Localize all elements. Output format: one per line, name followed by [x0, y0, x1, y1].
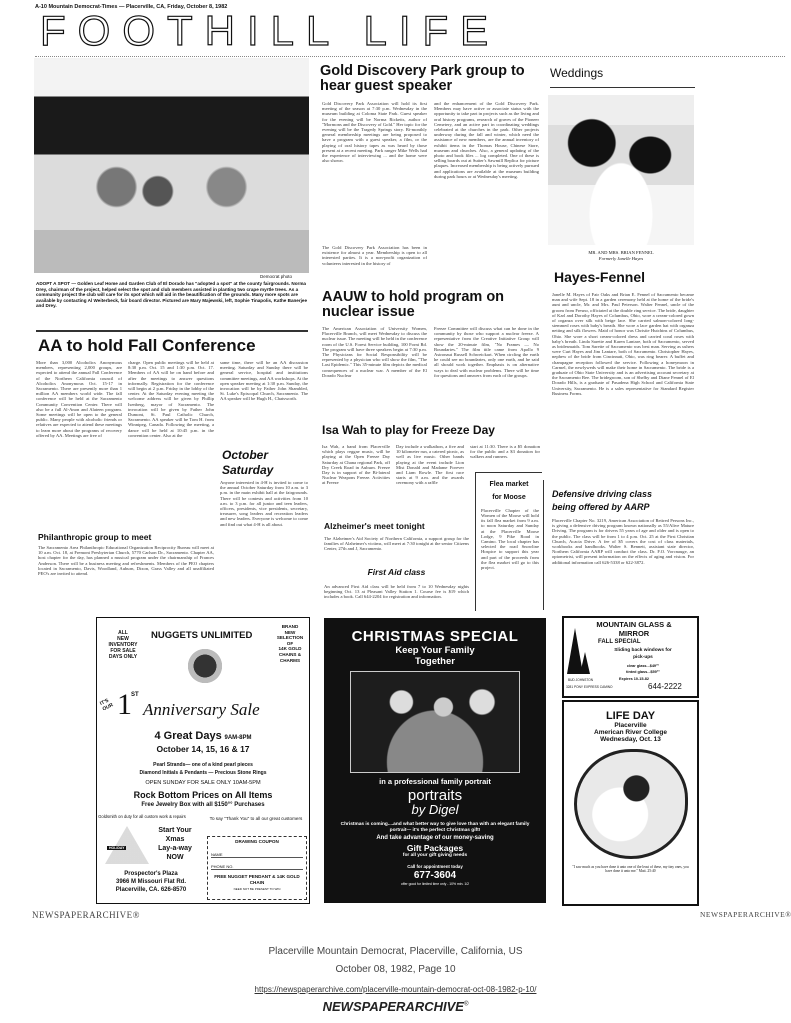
header-divider	[35, 56, 785, 57]
first-aid-headline: First Aid class	[324, 567, 469, 577]
coupon-title: DRAWING COUPON	[208, 839, 306, 844]
diamonds-line: Diamond Initials & Pendants — Precious S…	[97, 770, 309, 776]
alzheimers-body: The Alzheimer's Aid Society of Northern …	[324, 536, 469, 560]
portraits-brand-2: by Digel	[324, 803, 546, 817]
christmas-body2: And take advantage of our money-saving	[324, 835, 546, 841]
nuggets-right-blurb: BRANDNEWSELECTIONOF14K GOLDCHAINS &CHARM…	[272, 624, 308, 663]
store-address: 3281 PONY EXPRESS CAMINO	[566, 685, 613, 689]
gold-discovery-col2: and the enhancement of the Gold Discover…	[434, 101, 539, 279]
aa-conference-col3: same time, there will be an AA discussio…	[220, 360, 308, 445]
gift-packages: Gift Packages	[324, 843, 546, 853]
isa-wah-col3: start at 11:30. There is a $5 donation f…	[470, 444, 540, 470]
aa-conference-col1: More than 3,000 Alcoholics Anonymous mem…	[36, 360, 122, 532]
christmas-tagline: in a professional family portrait	[324, 777, 546, 786]
divider	[550, 87, 695, 88]
mountain-glass-ad: MOUNTAIN GLASS & MIRROR FALL SPECIAL Sli…	[562, 616, 699, 698]
family-portrait-photo	[350, 671, 520, 773]
free-box-line: Free Jewelry Box with all $150°° Purchas…	[97, 802, 309, 808]
christmas-sub2: Together	[324, 656, 546, 667]
clear-glass-price: clear glass...$49°°	[590, 664, 696, 668]
philanthropic-headline: Philanthropic group to meet	[38, 533, 151, 542]
gold-discovery-headline: Gold Discovery Park group to hear guest …	[320, 64, 540, 94]
sale-dates: October 14, 15, 16 & 17	[97, 744, 309, 754]
lead-photo	[34, 58, 309, 273]
christmas-fineprint: offer good for limited time only - 10% m…	[324, 882, 546, 886]
portraits-brand-1: portraits	[324, 789, 546, 803]
wedding-caption-formerly: Formerly Janelle Hayes	[548, 256, 694, 261]
coupon-name-field[interactable]: NAME	[211, 852, 303, 858]
fetus-illustration	[574, 749, 688, 859]
tinted-glass-price: tinted glass...$59°°	[590, 670, 696, 674]
photo-credit: Democrat photo	[260, 274, 292, 279]
isa-wah-col1: Isa Wah, a band from Placerville which p…	[322, 444, 390, 508]
anniversary-ordinal: 1	[117, 690, 132, 720]
store-address: Prospector's Plaza3966 M Missouri Flat R…	[101, 870, 201, 894]
cat-illustration-icon	[185, 646, 225, 686]
defensive-driving-body: Placerville Chapter No. 3219, American A…	[552, 518, 694, 610]
gold-discovery-col1-end: The Gold Discovery Park Association has …	[322, 245, 427, 278]
christmas-special-ad: CHRISTMAS SPECIAL Keep Your Family Toget…	[324, 618, 546, 903]
divider	[36, 330, 308, 332]
aauw-col2: Freeze Committee will discuss what can b…	[434, 326, 539, 416]
life-day-location: Placerville	[564, 722, 697, 729]
flea-market-headline-1: Flea market	[476, 481, 542, 488]
life-day-quote: "I saw much as you have done it unto one…	[572, 865, 689, 874]
great-days-row: 4 Great Days 9AM-8PM	[97, 730, 309, 742]
nuggets-left-blurb: ALLNEWINVENTORYFOR SALEDAYS ONLY	[103, 630, 143, 660]
newspaperarchive-watermark-left: NEWSPAPERARCHIVE®	[32, 910, 140, 920]
divider	[543, 480, 544, 610]
newspaperarchive-watermark-right: NEWSPAPERARCHIVE®	[700, 910, 791, 919]
life-day-date: Wednesday, Oct. 13	[564, 736, 697, 743]
isa-wah-headline: Isa Wah to play for Freeze Day	[322, 424, 495, 437]
pearls-line: Pearl Strands— one of a kind pearl piece…	[97, 762, 309, 768]
thank-you-line: To say "Thank You" to all our great cust…	[205, 816, 307, 821]
life-day-college: American River College	[564, 729, 697, 736]
alzheimers-headline: Alzheimer's meet tonight	[324, 522, 425, 531]
philanthropic-body: The Sacramento Area Philanthropic Educat…	[38, 545, 214, 611]
pickups-line: pick-ups	[590, 655, 696, 660]
footer-source: Placerville Mountain Democrat, Placervil…	[0, 946, 791, 957]
open-sunday-line: OPEN SUNDAY FOR SALE ONLY 10AM-5PM	[97, 780, 309, 786]
its-our-label: IT'S OUR	[99, 696, 117, 713]
nuggets-unlimited-ad: ALLNEWINVENTORYFOR SALEDAYS ONLY NUGGETS…	[96, 617, 310, 904]
mountain-glass-title-2: MIRROR	[574, 629, 694, 638]
call-line: Call for appointment today	[324, 864, 546, 869]
owner-name: BUD JOHNSTON	[568, 678, 593, 682]
isa-wah-col2: Day include a walkathon, a five and 10 k…	[396, 444, 464, 508]
xmas-layaway: Start YourXmasLay-a-wayNOW	[155, 826, 195, 862]
flea-market-headline-2: for Moose	[476, 494, 542, 501]
holiday-tree-label: HOLIDAY	[107, 846, 126, 850]
coupon-fineprint: NEED NOT BE PRESENT TO WIN	[208, 887, 306, 891]
flea-market-box: Flea market for Moose Placerville Chapte…	[475, 472, 542, 611]
october-saturday-headline-2: Saturday	[222, 463, 273, 478]
christmas-sub1: Keep Your Family	[324, 645, 546, 656]
gift-packages-sub: for all your gift giving needs	[324, 853, 546, 858]
pine-tree-icon	[580, 652, 590, 674]
anniversary-sale-title: Anniversary Sale	[143, 700, 260, 720]
footer-date-page: October 08, 1982, Page 10	[0, 964, 791, 975]
fall-special-label: FALL SPECIAL	[598, 639, 641, 645]
aa-conference-col2: charge. Open public meetings will be hel…	[128, 360, 214, 532]
aa-conference-headline: AA to hold Fall Conference	[38, 337, 256, 355]
drawing-coupon[interactable]: DRAWING COUPON NAME PHONE NO. FREE NUGGE…	[207, 836, 307, 900]
goldsmith-line: Goldsmith on duty for all custom work & …	[97, 814, 187, 819]
gold-discovery-col1: Gold Discovery Park Association will hol…	[322, 101, 427, 243]
expires-line: Expires 10-15-82	[619, 677, 649, 681]
defensive-driving-headline-1: Defensive driving class	[552, 489, 652, 499]
first-aid-body: An advanced First Aid class will be held…	[324, 584, 469, 610]
wedding-caption-names: MR. AND MRS. BRIAN FENNEL	[548, 250, 694, 255]
mountain-glass-phone: 644-2222	[648, 682, 682, 691]
christmas-body1: Christmas is coming....and what better w…	[336, 822, 534, 834]
flea-market-body: Placerville Chapter of the Women of the …	[481, 508, 539, 600]
life-day-title: LIFE DAY	[564, 710, 697, 722]
section-title: FOOTHILL LIFE	[40, 10, 500, 52]
photo-caption: ADOPT A SPOT — Golden Leaf Home and Gard…	[36, 281, 308, 321]
october-saturday-headline-1: October	[222, 448, 268, 463]
christmas-title: CHRISTMAS SPECIAL	[324, 628, 546, 645]
hayes-fennel-body: Janelle M. Hayes of Fair Oaks and Brian …	[552, 292, 694, 477]
nuggets-brand: NUGGETS UNLIMITED	[151, 630, 252, 641]
mountain-glass-title-1: MOUNTAIN GLASS &	[574, 620, 694, 629]
aauw-col1: The American Association of University W…	[322, 326, 427, 416]
wedding-photo	[548, 95, 694, 245]
defensive-driving-headline-2: being offered by AARP	[552, 502, 650, 512]
coupon-prize: FREE NUGGET PENDANT & 14K GOLD CHAIN	[208, 874, 306, 885]
xmas-tree-icon	[105, 826, 149, 864]
rock-bottom-line: Rock Bottom Prices on All Items	[97, 790, 309, 800]
weddings-section-label: Weddings	[550, 67, 603, 80]
hayes-fennel-headline: Hayes-Fennel	[554, 270, 645, 285]
sliding-windows-line: Sliding back windows for	[590, 648, 696, 653]
aauw-headline: AAUW to hold program on nuclear issue	[322, 290, 542, 320]
christmas-phone: 677-3604	[324, 870, 546, 881]
anniversary-ordinal-suffix: ST	[131, 692, 139, 698]
october-saturday-body: Anyone interested in 4-H is invited to c…	[220, 480, 308, 610]
coupon-phone-field[interactable]: PHONE NO.	[211, 864, 303, 870]
footer-url-link[interactable]: https://newspaperarchive.com/placerville…	[0, 985, 791, 994]
footer-brand-logo: NEWSPAPERARCHIVE®	[0, 999, 791, 1014]
life-day-ad: LIFE DAY Placerville American River Coll…	[562, 700, 699, 906]
